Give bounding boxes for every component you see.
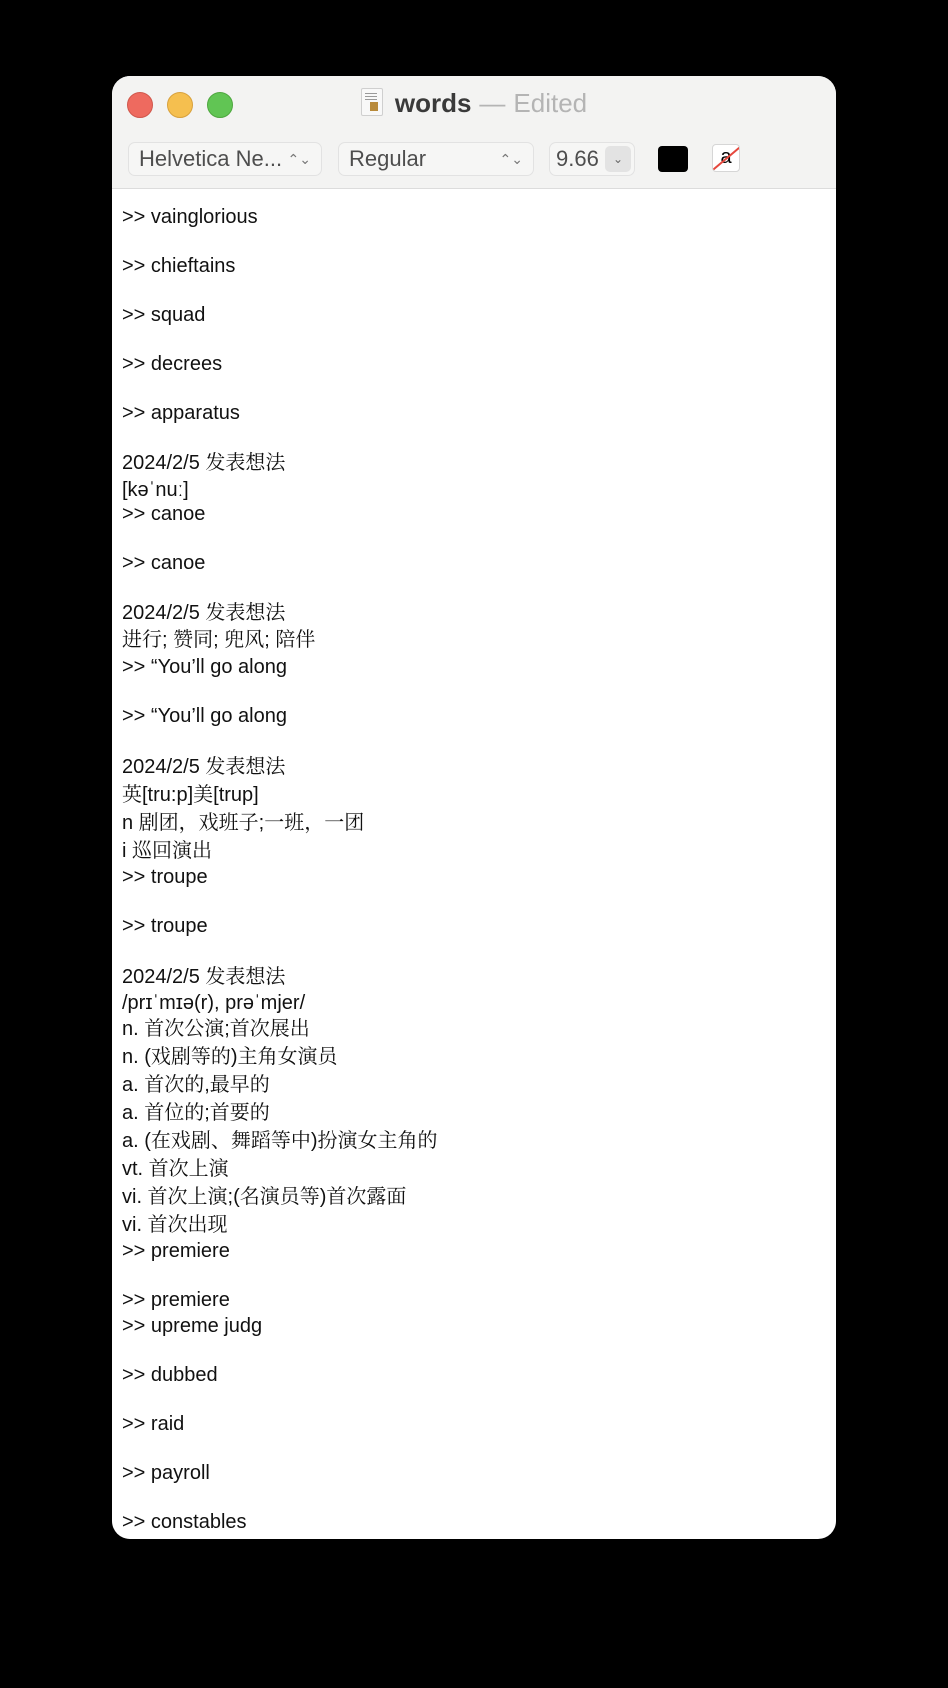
title-separator: — — [479, 88, 505, 118]
text-line: 英[tru:p]美[trup] — [122, 782, 259, 808]
font-size-input[interactable]: 9.66 — [556, 146, 599, 171]
text-line: vt. 首次上演 — [122, 1156, 229, 1182]
text-line: >> upreme judg — [122, 1313, 262, 1339]
text-line: /prɪˈmɪə(r), prəˈmjer/ — [122, 990, 305, 1016]
text-color-well[interactable] — [658, 146, 688, 172]
font-style-popup[interactable]: Regular ⌃⌄ — [338, 142, 534, 176]
text-line: >> payroll — [122, 1460, 210, 1486]
text-line: a. 首位的;首要的 — [122, 1100, 270, 1126]
text-line: >> decrees — [122, 351, 222, 377]
text-line: >> troupe — [122, 913, 208, 939]
document-name[interactable]: words — [395, 88, 472, 118]
text-line: a. 首次的,最早的 — [122, 1072, 270, 1098]
text-line: >> chieftains — [122, 253, 235, 279]
text-line: n. 首次公演;首次展出 — [122, 1016, 310, 1042]
text-line: >> constables — [122, 1509, 247, 1535]
text-line: >> squad — [122, 302, 205, 328]
text-line: >> raid — [122, 1411, 184, 1437]
font-family-popup[interactable]: Helvetica Ne... ⌃⌄ — [128, 142, 322, 176]
text-line: n. (戏剧等的)主角女演员 — [122, 1044, 338, 1070]
font-style-value: Regular — [349, 146, 426, 171]
up-down-chevron-icon: ⌃⌄ — [288, 143, 311, 175]
text-line: 2024/2/5 发表想法 — [122, 450, 285, 476]
text-line: 进行; 赞同; 兜风; 陪伴 — [122, 627, 315, 653]
font-size-combo[interactable]: 9.66 ⌄ — [549, 142, 635, 176]
chevron-down-icon[interactable]: ⌄ — [605, 146, 631, 172]
text-line: >> apparatus — [122, 400, 240, 426]
text-line: >> vainglorious — [122, 204, 258, 230]
title-bar[interactable]: words—Edited Helvetica Ne... ⌃⌄ Regular … — [112, 76, 836, 189]
text-line: >> canoe — [122, 501, 205, 527]
text-line: >> canoe — [122, 550, 205, 576]
window-title: words—Edited — [112, 85, 836, 121]
no-background-glyph: a — [720, 146, 731, 168]
text-line: 2024/2/5 发表想法 — [122, 600, 285, 626]
text-line: a. (在戏剧、舞蹈等中)扮演女主角的 — [122, 1128, 438, 1154]
text-line: vi. 首次出现 — [122, 1212, 228, 1238]
textedit-window: words—Edited Helvetica Ne... ⌃⌄ Regular … — [112, 76, 836, 1539]
font-family-value: Helvetica Ne... — [139, 146, 282, 171]
text-line: n 剧团，戏班子;一班，一团 — [122, 810, 364, 836]
text-line: >> “You’ll go along — [122, 703, 287, 729]
document-icon[interactable] — [361, 88, 383, 116]
text-line: >> troupe — [122, 864, 208, 890]
text-line: i 巡回演出 — [122, 838, 212, 864]
text-line: >> dubbed — [122, 1362, 218, 1388]
up-down-chevron-icon: ⌃⌄ — [500, 143, 523, 175]
text-line: >> premiere — [122, 1287, 230, 1313]
document-text-area[interactable]: >> vainglorious>> chieftains>> squad>> d… — [122, 189, 836, 1539]
background-color-well[interactable]: a — [712, 144, 740, 172]
text-line: vi. 首次上演;(名演员等)首次露面 — [122, 1184, 406, 1210]
text-line: 2024/2/5 发表想法 — [122, 964, 285, 990]
edited-status[interactable]: Edited — [513, 88, 587, 118]
text-line: [kəˈnuː] — [122, 477, 189, 503]
text-line: >> “You’ll go along — [122, 654, 287, 680]
text-line: >> premiere — [122, 1238, 230, 1264]
text-line: 2024/2/5 发表想法 — [122, 754, 285, 780]
